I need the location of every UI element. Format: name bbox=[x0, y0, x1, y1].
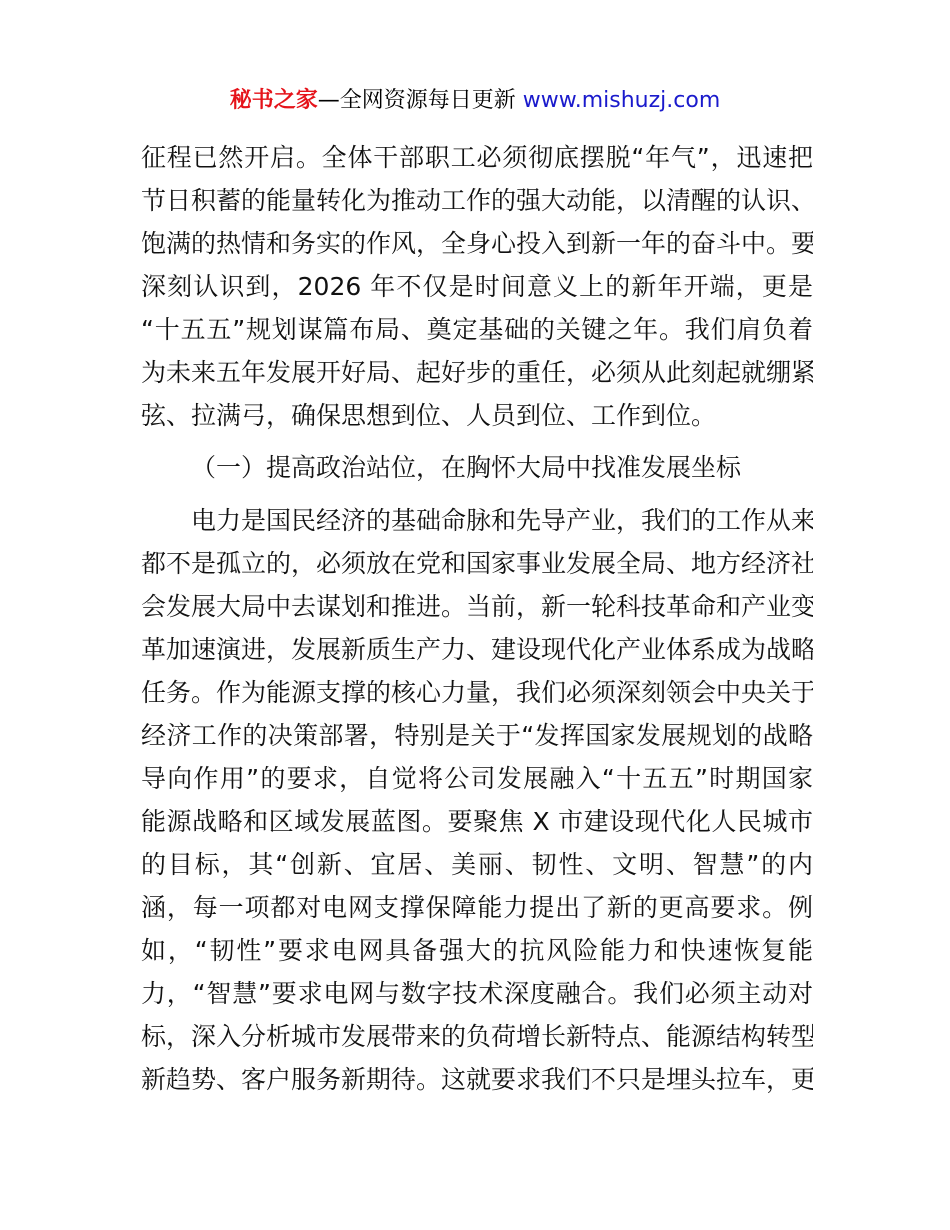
text-line: 导向作用”的要求，自觉将公司发展融入“十五五”时期国家 bbox=[141, 757, 813, 800]
site-tagline: —全网资源每日更新 bbox=[318, 88, 516, 113]
text-line: 涵，每一项都对电网支撑保障能力提出了新的更高要求。例 bbox=[141, 886, 813, 929]
text-line: 如，“韧性”要求电网具备强大的抗风险能力和快速恢复能 bbox=[141, 929, 813, 972]
paragraph: 电力是国民经济的基础命脉和先导产业，我们的工作从来 都不是孤立的，必须放在党和国… bbox=[141, 499, 813, 1101]
text-line: 新趋势、客户服务新期待。这就要求我们不只是埋头拉车，更 bbox=[141, 1058, 813, 1101]
text-line: 征程已然开启。全体干部职工必须彻底摆脱“年气”，迅速把 bbox=[141, 136, 813, 179]
text-line: 经济工作的决策部署，特别是关于“发挥国家发展规划的战略 bbox=[141, 714, 813, 757]
text-line: 任务。作为能源支撑的核心力量，我们必须深刻领会中央关于 bbox=[141, 671, 813, 714]
text-line: 的目标，其“创新、宜居、美丽、韧性、文明、智慧”的内 bbox=[141, 843, 813, 886]
text-line: “十五五”规划谋篇布局、奠定基础的关键之年。我们肩负着 bbox=[141, 308, 813, 351]
site-url-link[interactable]: www.mishuzj.com bbox=[523, 88, 720, 113]
text-line: 革加速演进，发展新质生产力、建设现代化产业体系成为战略 bbox=[141, 628, 813, 671]
section-heading: （一）提高政治站位，在胸怀大局中找准发展坐标 bbox=[141, 446, 813, 490]
paragraph: 征程已然开启。全体干部职工必须彻底摆脱“年气”，迅速把 节日积蓄的能量转化为推动… bbox=[141, 136, 813, 437]
text-line: 会发展大局中去谋划和推进。当前，新一轮科技革命和产业变 bbox=[141, 585, 813, 628]
text-line: 能源战略和区域发展蓝图。要聚焦 X 市建设现代化人民城市 bbox=[141, 800, 813, 843]
text-line: 弦、拉满弓，确保思想到位、人员到位、工作到位。 bbox=[141, 394, 813, 437]
text-line: 深刻认识到，2026 年不仅是时间意义上的新年开端，更是 bbox=[141, 265, 813, 308]
text-line: 都不是孤立的，必须放在党和国家事业发展全局、地方经济社 bbox=[141, 542, 813, 585]
text-line: 饱满的热情和务实的作风，全身心投入到新一年的奋斗中。要 bbox=[141, 222, 813, 265]
text-line: 电力是国民经济的基础命脉和先导产业，我们的工作从来 bbox=[141, 499, 813, 542]
site-header: 秘书之家—全网资源每日更新 www.mishuzj.com bbox=[0, 86, 950, 116]
document-body: 征程已然开启。全体干部职工必须彻底摆脱“年气”，迅速把 节日积蓄的能量转化为推动… bbox=[141, 136, 813, 1101]
text-line: 力，“智慧”要求电网与数字技术深度融合。我们必须主动对 bbox=[141, 972, 813, 1015]
text-line: 标，深入分析城市发展带来的负荷增长新特点、能源结构转型 bbox=[141, 1015, 813, 1058]
text-line: 为未来五年发展开好局、起好步的重任，必须从此刻起就绷紧 bbox=[141, 351, 813, 394]
site-brand: 秘书之家 bbox=[230, 88, 318, 113]
text-line: 节日积蓄的能量转化为推动工作的强大动能，以清醒的认识、 bbox=[141, 179, 813, 222]
